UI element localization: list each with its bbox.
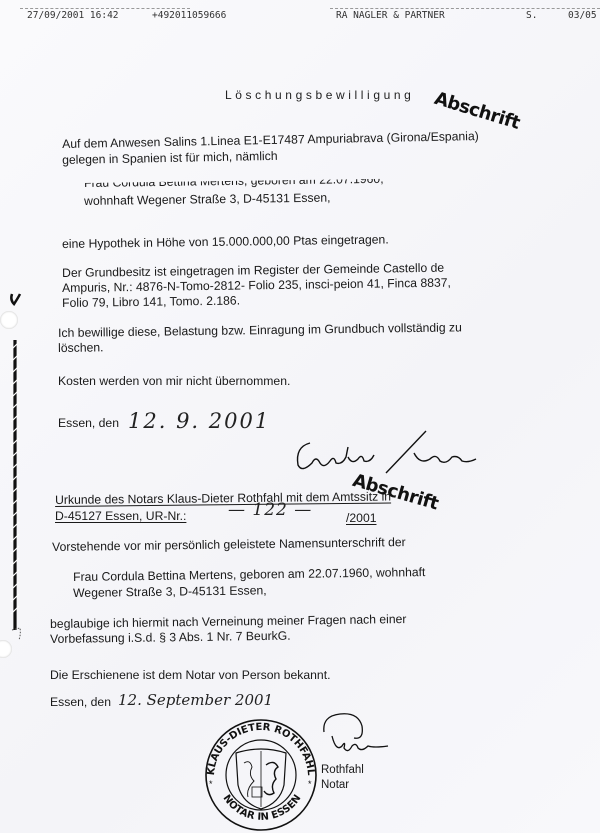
intro-line-2: gelegen in Spanien ist für mich, nämlich (62, 149, 278, 168)
notary-role: Notar (321, 778, 349, 793)
person-1-line-1: Frau Cordula Bettina Mertens, geboren am… (84, 172, 384, 191)
signature-notary (318, 712, 408, 762)
svg-text:*: * (308, 779, 312, 789)
approval-line-2: löschen. (58, 340, 104, 356)
place-date-label-2: Essen, den (50, 695, 111, 710)
costs-line: Kosten werden von mir nicht übernommen. (58, 374, 290, 389)
ur-year: /2001 (346, 511, 377, 526)
fax-header: 27/09/2001 16:42 +492011059666 RA NAGLER… (0, 6, 600, 24)
punch-hole (0, 311, 18, 329)
mortgage-line: eine Hypothek in Höhe von 15.000.000,00 … (62, 232, 389, 252)
svg-text:*: * (209, 779, 213, 789)
handwritten-date-1: 12. 9. 2001 (128, 409, 270, 433)
certification-intro: Vorstehende vor mir persönlich geleistet… (52, 535, 406, 555)
signature-applicant (290, 425, 490, 480)
fax-page-number: 03/05 (568, 10, 597, 21)
fax-header-divider (330, 8, 600, 9)
notary-seal: KLAUS-DIETER ROTHFAHL NOTAR IN ESSEN * * (200, 715, 322, 831)
person-2-line-2: Wegener Straße 3, D-45131 Essen, (73, 583, 267, 601)
copy-stamp: Abschrift (432, 88, 522, 134)
handwritten-date-2: 12. September 2001 (118, 691, 273, 709)
binding-cord (8, 290, 22, 650)
svg-text:NOTAR IN ESSEN: NOTAR IN ESSEN (221, 793, 304, 823)
fax-phone: +492011059666 (152, 10, 226, 21)
place-date-label-1: Essen, den (58, 416, 119, 431)
seal-bottom-text: NOTAR IN ESSEN (221, 793, 304, 823)
certification-line-2: Vorbefassung i.S.d. § 3 Abs. 1 Nr. 7 Beu… (50, 629, 291, 647)
fax-header-divider (20, 8, 190, 9)
punch-hole (0, 640, 12, 658)
notary-name: Rothfahl (321, 763, 364, 778)
register-line-3: Folio 79, Libro 141, Tomo. 2.186. (62, 294, 240, 311)
person-2-line-1: Frau Cordula Bettina Mertens, geboren am… (73, 565, 425, 585)
fax-page-prefix: S. (526, 10, 537, 21)
known-line: Die Erschienene ist dem Notar von Person… (50, 668, 330, 683)
person-1-line-2: wohnhaft Wegener Straße 3, D-45131 Essen… (84, 191, 331, 209)
scanned-page: 27/09/2001 16:42 +492011059666 RA NAGLER… (0, 0, 600, 833)
fax-datetime: 27/09/2001 16:42 (27, 10, 119, 21)
fax-sender: RA NAGLER & PARTNER (336, 10, 445, 21)
notary-heading-line-1: Urkunde des Notars Klaus-Dieter Rothfahl… (55, 489, 391, 508)
approval-line-1: Ich bewillige diese, Belastung bzw. Einr… (58, 320, 462, 341)
ur-number-handwritten: — 122 — (228, 500, 312, 520)
document-title: Löschungsbewilligung (225, 88, 414, 102)
notary-heading-line-2: D-45127 Essen, UR-Nr.: (55, 509, 186, 524)
